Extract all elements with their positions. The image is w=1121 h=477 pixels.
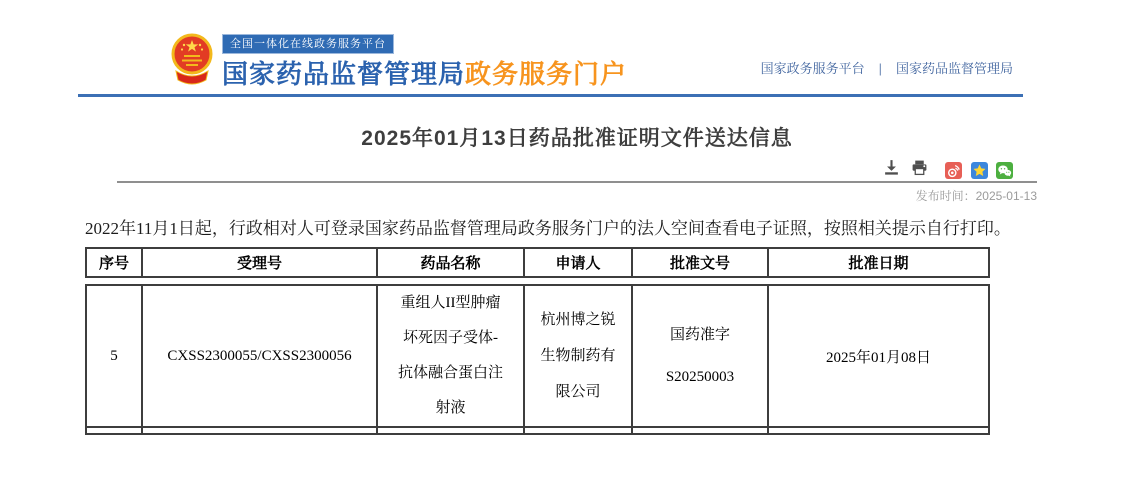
col-header-approval-no: 批准文号 (632, 248, 768, 277)
col-header-applicant: 申请人 (524, 248, 632, 277)
approval-table-body: 5 CXSS2300055/CXSS2300056 重组人II型肿瘤 坏死因子受… (85, 284, 990, 435)
table-row: 5 CXSS2300055/CXSS2300056 重组人II型肿瘤 坏死因子受… (86, 285, 989, 427)
publish-time: 发布时间：2025-01-13 (117, 187, 1037, 204)
toolbar (117, 159, 1013, 179)
page: 全国一体化在线政务服务平台 国家药品监督管理局政务服务门户 国家政务服务平台|国… (0, 0, 1121, 477)
nav-separator: | (879, 61, 882, 76)
approval-table: 序号 受理号 药品名称 申请人 批准文号 批准日期 5 CXSS2300055/… (85, 247, 988, 435)
nav-link-gov-service-platform[interactable]: 国家政务服务平台 (761, 61, 865, 76)
nav-link-nmpa[interactable]: 国家药品监督管理局 (896, 61, 1013, 76)
page-title: 2025年01月13日药品批准证明文件送达信息 (117, 122, 1037, 152)
wechat-share-button[interactable] (996, 162, 1013, 179)
article-divider (117, 181, 1037, 183)
approval-table-header: 序号 受理号 药品名称 申请人 批准文号 批准日期 (85, 247, 990, 278)
national-emblem-logo (170, 30, 214, 88)
cell-approval-date: 2025年01月08日 (768, 285, 989, 427)
site-title-secondary: 政务服务门户 (465, 59, 627, 89)
col-header-approval-date: 批准日期 (768, 248, 989, 277)
cell-seq: 5 (86, 285, 142, 427)
platform-badge: 全国一体化在线政务服务平台 (222, 34, 394, 54)
cell-applicant: 杭州博之锐 生物制药有 限公司 (524, 285, 632, 427)
qzone-share-icon (971, 162, 988, 179)
wechat-share-icon (996, 162, 1013, 179)
download-button[interactable] (883, 159, 900, 181)
header-nav: 国家政务服务平台|国家药品监督管理局 (761, 58, 1013, 77)
print-button[interactable] (911, 159, 928, 181)
site-header: 全国一体化在线政务服务平台 国家药品监督管理局政务服务门户 国家政务服务平台|国… (78, 0, 1023, 97)
cell-acceptance-no: CXSS2300055/CXSS2300056 (142, 285, 377, 427)
partial-next-row (86, 427, 989, 434)
qzone-share-button[interactable] (971, 162, 988, 179)
site-title-primary: 国家药品监督管理局 (222, 59, 465, 89)
weibo-share-icon (945, 162, 962, 179)
publish-time-value: 2025-01-13 (976, 189, 1037, 203)
print-icon (911, 159, 928, 176)
site-title: 国家药品监督管理局政务服务门户 (222, 54, 627, 91)
download-icon (883, 159, 900, 176)
table-header-row: 序号 受理号 药品名称 申请人 批准文号 批准日期 (86, 248, 989, 277)
cell-drug-name: 重组人II型肿瘤 坏死因子受体- 抗体融合蛋白注 射液 (377, 285, 524, 427)
col-header-drug-name: 药品名称 (377, 248, 524, 277)
col-header-acceptance-no: 受理号 (142, 248, 377, 277)
weibo-share-button[interactable] (945, 162, 962, 179)
col-header-seq: 序号 (86, 248, 142, 277)
notice-text: 2022年11月1日起，行政相对人可登录国家药品监督管理局政务服务门户的法人空间… (85, 214, 1095, 239)
publish-time-label: 发布时间： (916, 189, 976, 203)
cell-approval-no: 国药准字 S20250003 (632, 285, 768, 427)
